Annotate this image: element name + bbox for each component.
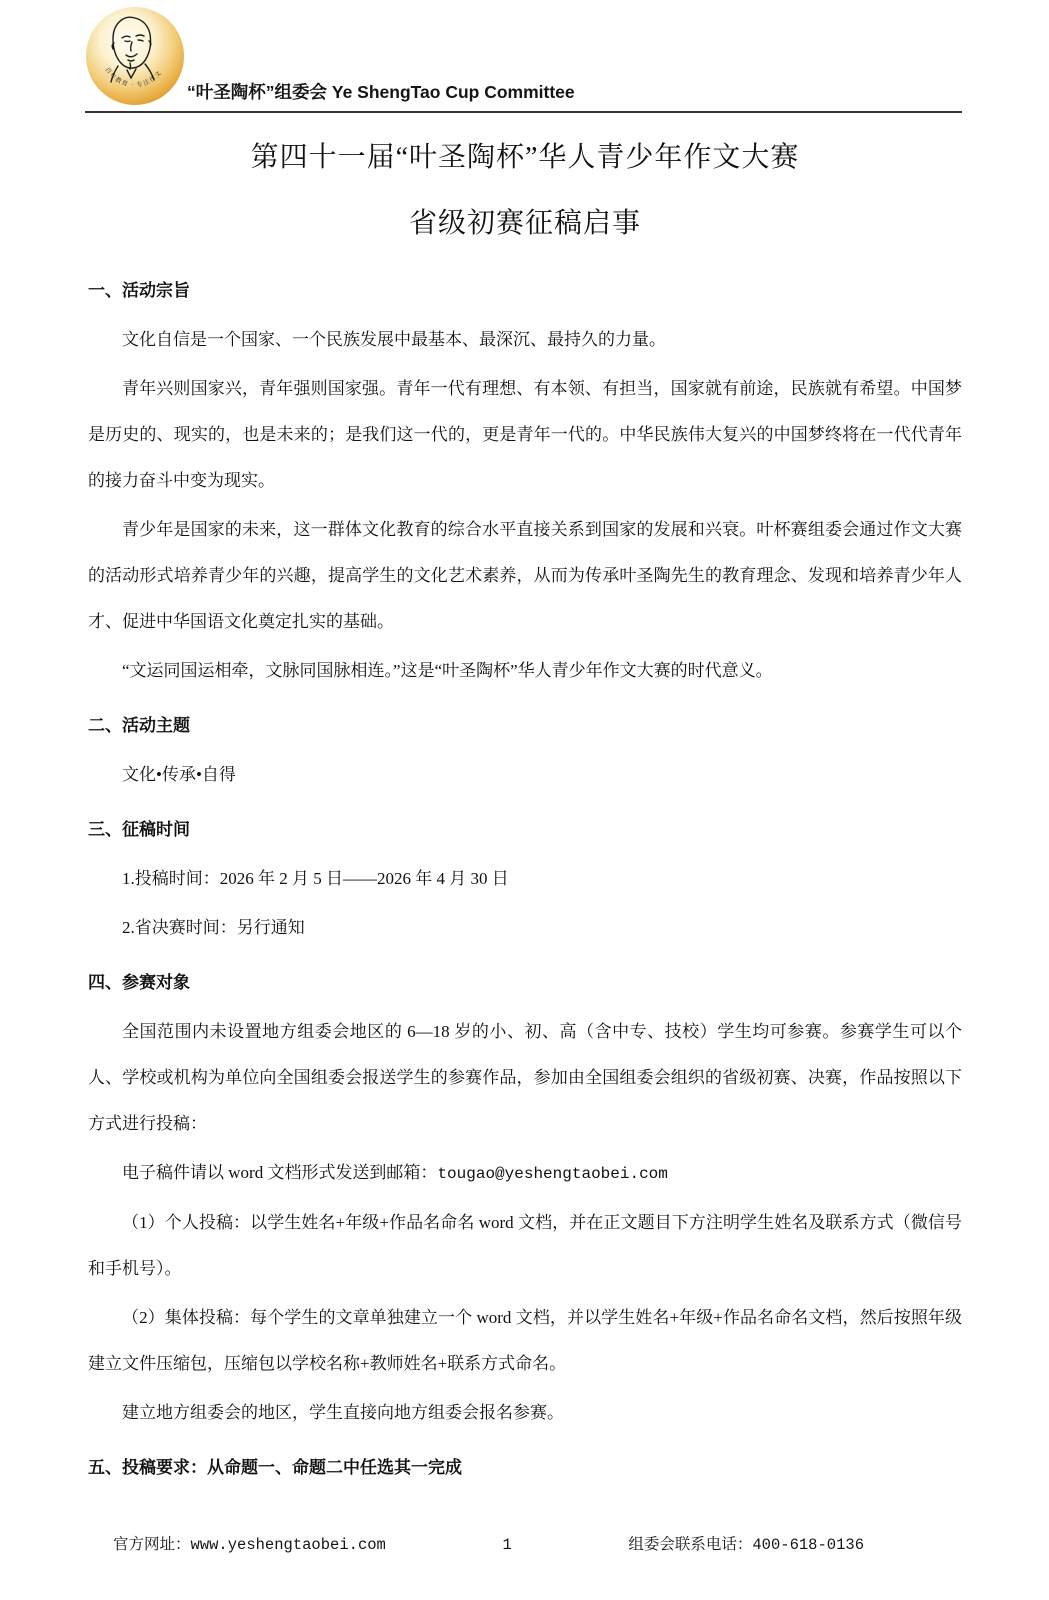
paragraph: 1.投稿时间：2026 年 2 月 5 日——2026 年 4 月 30 日	[88, 856, 962, 902]
paragraph: 2.省决赛时间：另行通知	[88, 905, 962, 951]
email-address: tougao@yeshengtaobei.com	[437, 1165, 667, 1183]
email-line-prefix: 电子稿件请以 word 文档形式发送到邮箱：	[122, 1163, 437, 1182]
document-page: 百年教育 · 专注作文 “叶圣陶杯”组委会 Ye ShengTao Cup Co…	[0, 0, 1049, 1600]
paragraph: 文化•传承•自得	[88, 752, 962, 798]
section-heading: 五、投稿要求：从命题一、命题二中任选其一完成	[88, 1445, 962, 1491]
document-subtitle: 省级初赛征稿启事	[88, 204, 962, 244]
document-body: 一、活动宗旨文化自信是一个国家、一个民族发展中最基本、最深沉、最持久的力量。青年…	[88, 268, 962, 1491]
paragraph: 青少年是国家的未来，这一群体文化教育的综合水平直接关系到国家的发展和兴衰。叶杯赛…	[88, 507, 962, 645]
paragraph: 全国范围内未设置地方组委会地区的 6—18 岁的小、初、高（含中专、技校）学生均…	[88, 1009, 962, 1147]
paragraph: 文化自信是一个国家、一个民族发展中最基本、最深沉、最持久的力量。	[88, 317, 962, 363]
page-header: 百年教育 · 专注作文 “叶圣陶杯”组委会 Ye ShengTao Cup Co…	[0, 0, 1049, 113]
paragraph: 青年兴则国家兴，青年强则国家强。青年一代有理想、有本领、有担当，国家就有前途，民…	[88, 366, 962, 504]
paragraph: 建立地方组委会的地区，学生直接向地方组委会报名参赛。	[88, 1390, 962, 1436]
ye-shengtao-logo-icon: 百年教育 · 专注作文	[85, 6, 185, 106]
org-title-zh: “叶圣陶杯”组委会	[187, 82, 327, 102]
section-heading: 四、参赛对象	[88, 960, 962, 1006]
document-title: 第四十一届“叶圣陶杯”华人青少年作文大赛	[88, 138, 962, 178]
section-heading: 二、活动主题	[88, 703, 962, 749]
section-heading: 三、征稿时间	[88, 807, 962, 853]
footer-phone-label: 组委会联系电话：	[628, 1536, 752, 1554]
org-title: “叶圣陶杯”组委会 Ye ShengTao Cup Committee	[187, 79, 575, 106]
footer-website: 官方网址：www.yeshengtaobei.com	[113, 1532, 386, 1554]
paragraph: 电子稿件请以 word 文档形式发送到邮箱：tougao@yeshengtaob…	[88, 1150, 962, 1197]
org-title-en: Ye ShengTao Cup Committee	[327, 82, 575, 102]
document-content: 第四十一届“叶圣陶杯”华人青少年作文大赛 省级初赛征稿启事 一、活动宗旨文化自信…	[0, 138, 1049, 1491]
paragraph: “文运同国运相牵，文脉同国脉相连。”这是“叶圣陶杯”华人青少年作文大赛的时代意义…	[88, 648, 962, 694]
footer-phone: 组委会联系电话：400-618-0136	[628, 1532, 864, 1554]
footer-phone-number: 400-618-0136	[752, 1536, 864, 1554]
page-number: 1	[502, 1536, 511, 1554]
paragraph: （1）个人投稿：以学生姓名+年级+作品名命名 word 文档，并在正文题目下方注…	[88, 1200, 962, 1292]
section-heading: 一、活动宗旨	[88, 268, 962, 314]
paragraph: （2）集体投稿：每个学生的文章单独建立一个 word 文档，并以学生姓名+年级+…	[88, 1295, 962, 1387]
footer-website-url: www.yeshengtaobei.com	[191, 1536, 386, 1554]
footer-website-label: 官方网址：	[113, 1536, 191, 1554]
header-divider	[85, 111, 962, 113]
page-footer: 官方网址：www.yeshengtaobei.com 1 组委会联系电话：400…	[0, 1532, 1049, 1554]
